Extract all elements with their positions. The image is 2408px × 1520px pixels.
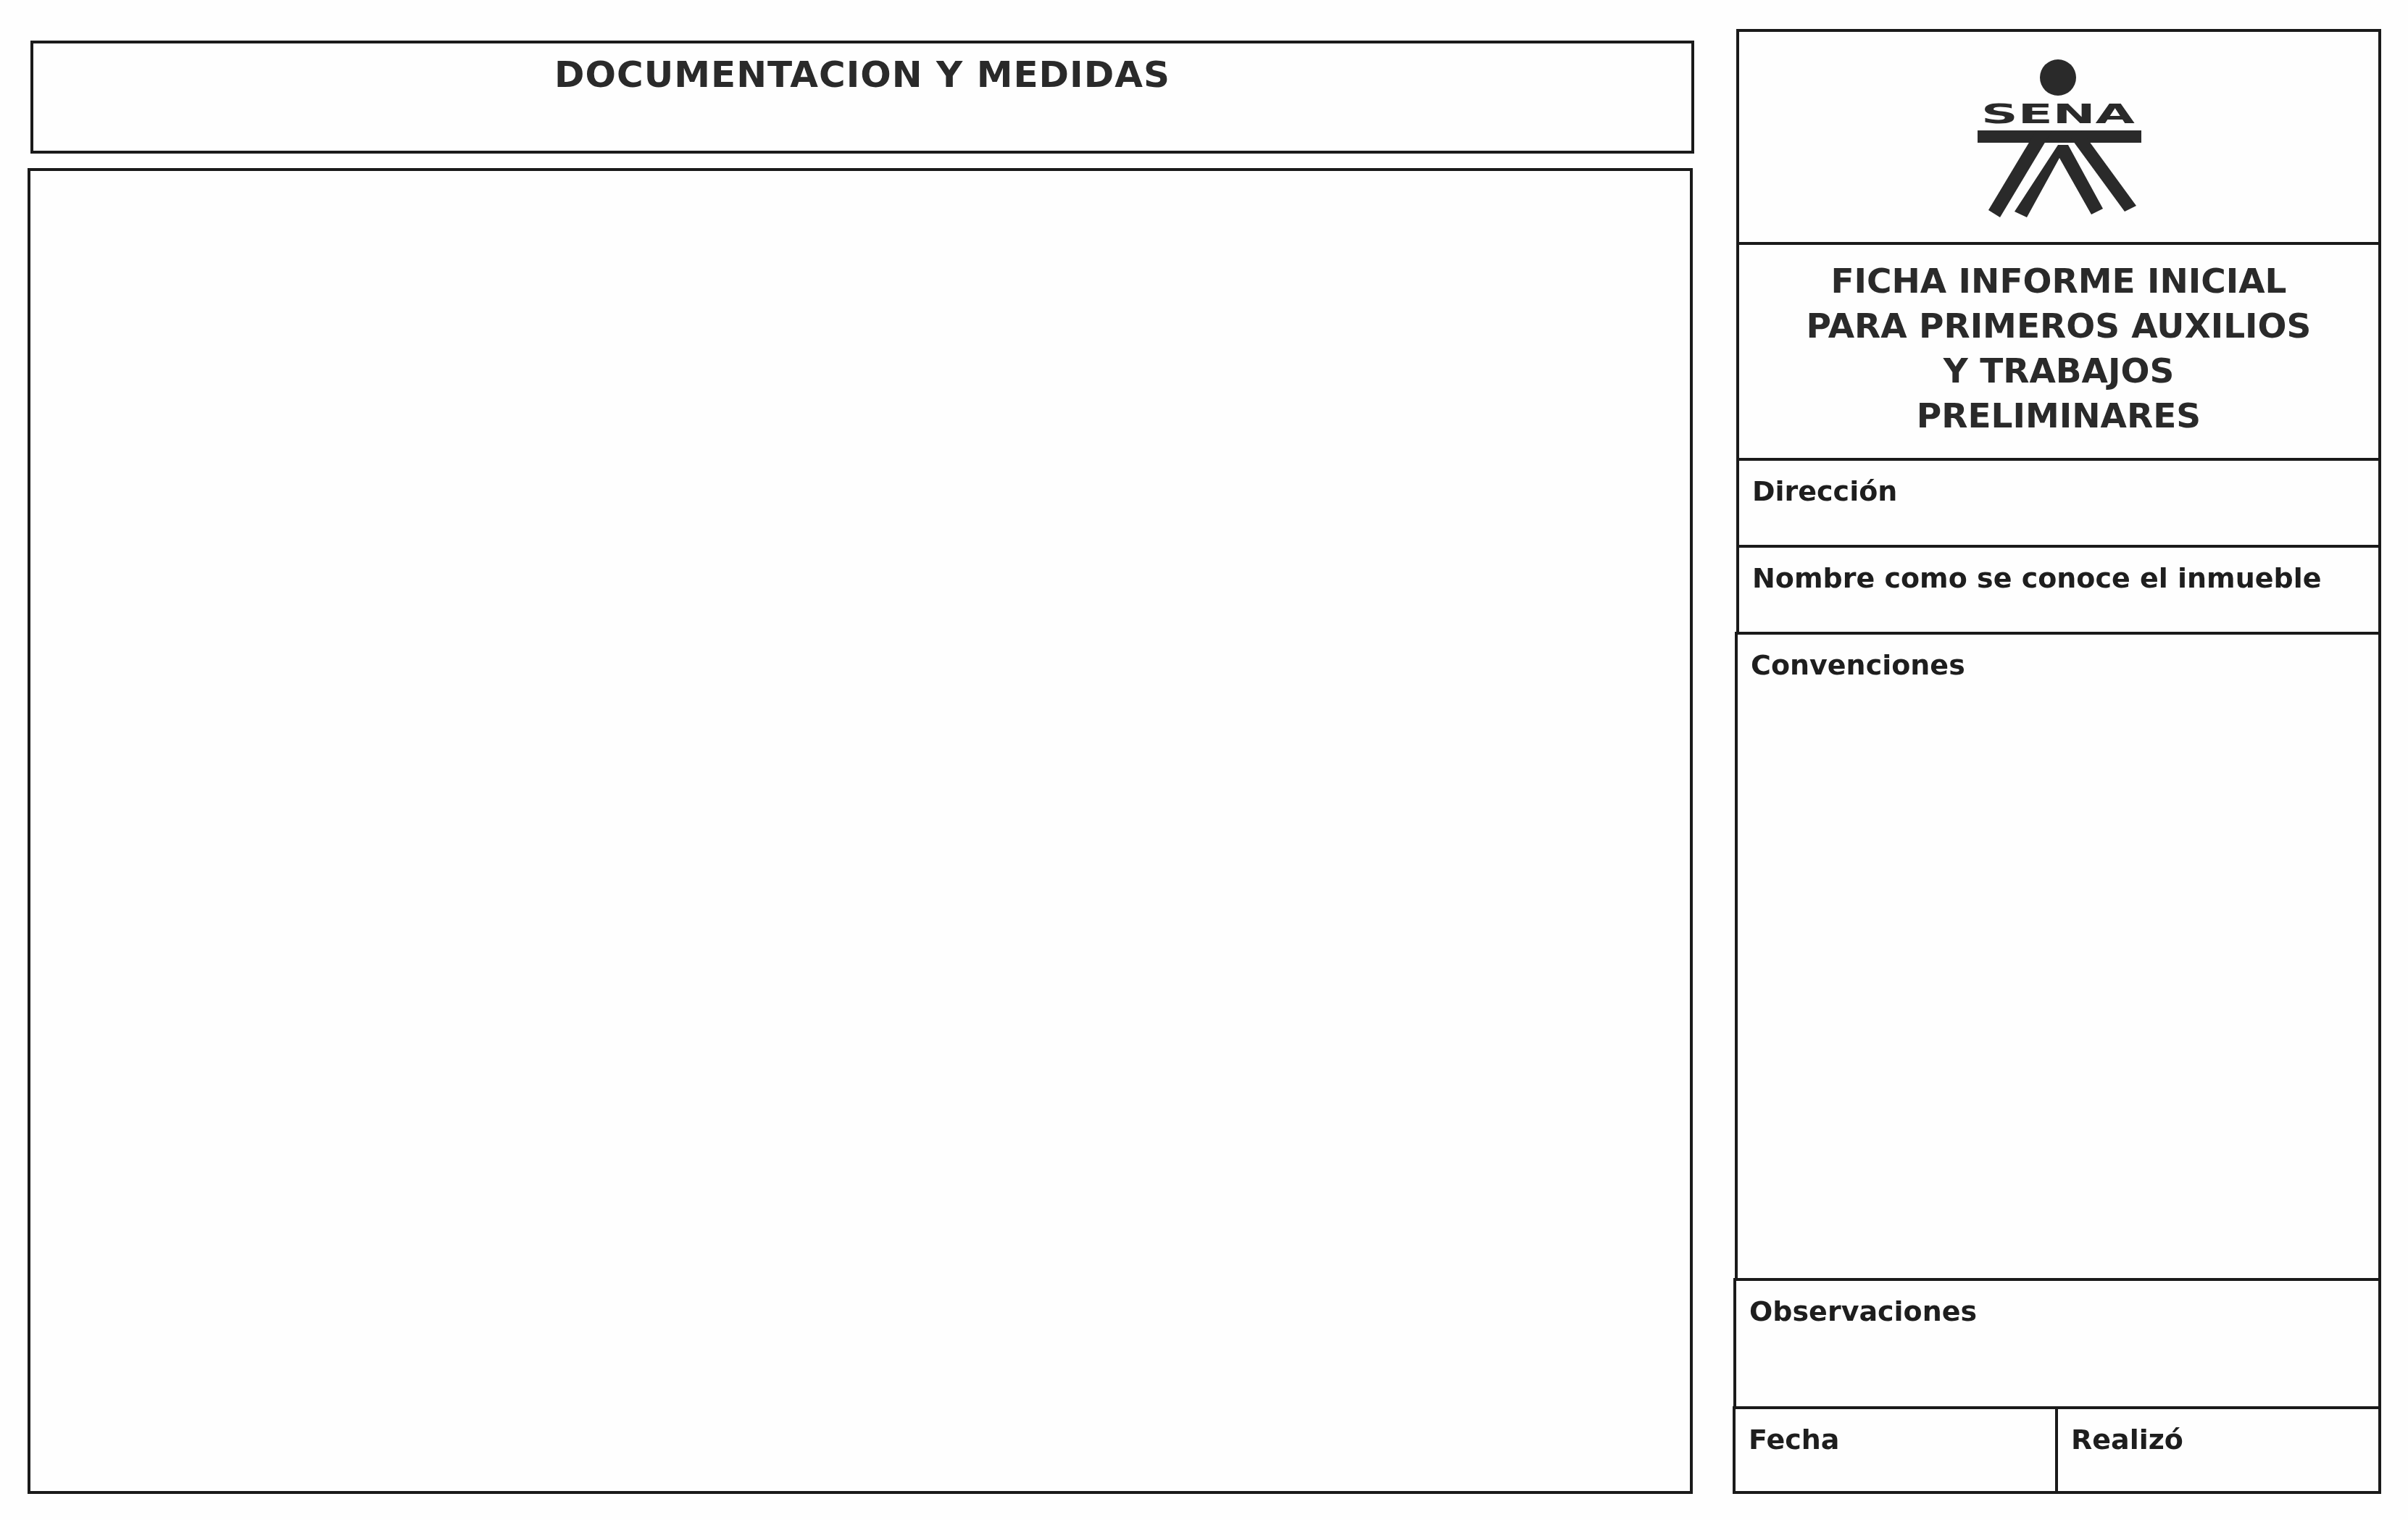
sena-logo-text: SENA xyxy=(1981,98,2136,130)
form-title-line: PRELIMINARES xyxy=(1739,394,2378,439)
observaciones-label: Observaciones xyxy=(1749,1295,1977,1327)
convenciones-field[interactable]: Convenciones xyxy=(1735,632,2381,1281)
convenciones-label: Convenciones xyxy=(1751,649,1965,681)
documentation-drawing-area[interactable] xyxy=(28,168,1693,1494)
direccion-field[interactable]: Dirección xyxy=(1736,458,2381,548)
fecha-field[interactable]: Fecha xyxy=(1733,1406,2057,1494)
nombre-inmueble-field[interactable]: Nombre como se conoce el inmueble xyxy=(1736,545,2381,635)
section-header-box: DOCUMENTACION Y MEDIDAS xyxy=(30,41,1694,154)
direccion-label: Dirección xyxy=(1752,475,1897,507)
form-title-cell: FICHA INFORME INICIAL PARA PRIMEROS AUXI… xyxy=(1736,242,2381,461)
form-title-line: Y TRABAJOS xyxy=(1739,349,2378,394)
observaciones-field[interactable]: Observaciones xyxy=(1733,1278,2381,1409)
realizo-label: Realizó xyxy=(2071,1424,2183,1456)
form-title-line: PARA PRIMEROS AUXILIOS xyxy=(1739,304,2378,349)
form-title: FICHA INFORME INICIAL PARA PRIMEROS AUXI… xyxy=(1739,259,2378,439)
sena-logo-icon: SENA xyxy=(1972,57,2146,217)
form-title-line: FICHA INFORME INICIAL xyxy=(1739,259,2378,304)
nombre-inmueble-label: Nombre como se conoce el inmueble xyxy=(1752,562,2321,594)
realizo-field[interactable]: Realizó xyxy=(2055,1406,2381,1494)
fecha-label: Fecha xyxy=(1749,1424,1839,1456)
section-title: DOCUMENTACION Y MEDIDAS xyxy=(33,54,1691,96)
